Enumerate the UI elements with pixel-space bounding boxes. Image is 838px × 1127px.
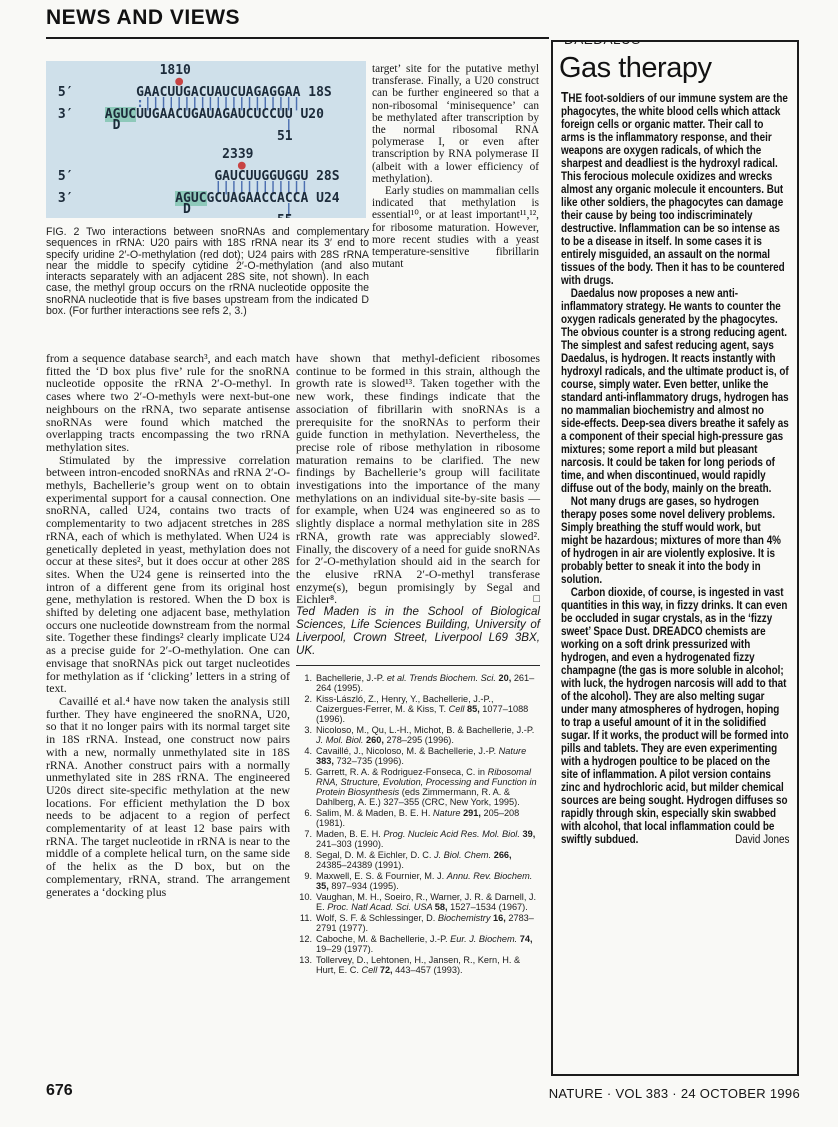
paragraph: Stimulated by the impressive correlation…	[46, 454, 290, 695]
page-number: 676	[46, 1082, 73, 1100]
daedalus-box-label: DAEDALUS	[559, 40, 646, 47]
paragraph: Cavaillé et al.⁴ have now taken the anal…	[46, 695, 290, 898]
journal-page: NEWS AND VIEWS 1810 ● 5′ GAACUUGACUAUCUA…	[0, 0, 838, 1127]
header-rule	[46, 37, 549, 39]
sidebar-body: THE foot-soldiers of our immune system a…	[561, 91, 789, 846]
reference-item: 4.Cavaillé, J., Nicoloso, M. & Bacheller…	[296, 746, 540, 766]
left-column: from a sequence database search³, and ea…	[46, 352, 290, 1074]
reference-item: 7.Maden, B. E. H. Prog. Nucleic Acid Res…	[296, 829, 540, 849]
paragraph: target’ site for the putative methyl tra…	[372, 63, 539, 185]
figure-caption: FIG. 2 Two interactions between snoRNAs …	[46, 227, 369, 317]
daedalus-box: DAEDALUS Gas therapy THE foot-soldiers o…	[551, 40, 799, 1076]
rna-duplex-u20-18s: 1810 ● 5′ GAACUUGACUAUCUAGAGGAA 18S :|||…	[46, 61, 366, 142]
sidebar-paragraph: Daedalus now proposes a new anti-inflamm…	[561, 287, 789, 495]
paragraph: from a sequence database search³, and ea…	[46, 352, 290, 454]
sidebar-paragraph: Not many drugs are gases, so hydrogen th…	[561, 495, 789, 586]
section-header: NEWS AND VIEWS	[46, 6, 240, 30]
sidebar-byline: David Jones	[725, 833, 789, 846]
reference-item: 10.Vaughan, M. H., Soeiro, R., Warner, J…	[296, 892, 540, 912]
reference-item: 6.Salim, M. & Maden, B. E. H. Nature 291…	[296, 808, 540, 828]
middle-column: have shown that methyl-deficient ribosom…	[296, 352, 540, 976]
reference-item: 12.Caboche, M. & Bachellerie, J.-P. Eur.…	[296, 934, 540, 954]
author-address: Ted Maden is in the School of Biological…	[296, 606, 540, 657]
reference-item: 5.Garrett, R. A. & Rodriguez-Fonseca, C.…	[296, 767, 540, 807]
reference-item: 13.Tollervey, D., Lehtonen, H., Jansen, …	[296, 955, 540, 975]
rna-duplex-u24-28s: 2339 ● 5′ GAUCUUGGUGGU 28S |||||||||||| …	[46, 145, 366, 218]
journal-footer: NATURE · VOL 383 · 24 OCTOBER 1996	[500, 1086, 800, 1101]
sidebar-paragraph: THE foot-soldiers of our immune system a…	[561, 91, 789, 287]
figure-2-rna-diagram: 1810 ● 5′ GAACUUGACUAUCUAGAGGAA 18S :|||…	[46, 61, 366, 218]
reference-item: 1.Bachellerie, J.-P. et al. Trends Bioch…	[296, 673, 540, 693]
sidebar-title: Gas therapy	[559, 52, 791, 85]
sidebar-paragraph: Carbon dioxide, of course, is ingested i…	[561, 586, 789, 846]
reference-list: 1.Bachellerie, J.-P. et al. Trends Bioch…	[296, 673, 540, 975]
reference-item: 3.Nicoloso, M., Qu, L.-H., Michot, B. & …	[296, 725, 540, 745]
references-rule	[296, 665, 540, 666]
reference-item: 8.Segal, D. M. & Eichler, D. C. J. Biol.…	[296, 850, 540, 870]
paragraph: Early studies on mammalian cells indicat…	[372, 185, 539, 270]
reference-item: 9.Maxwell, E. S. & Fournier, M. J. Annu.…	[296, 871, 540, 891]
reference-item: 2.Kiss-László, Z., Henry, Y., Bachelleri…	[296, 694, 540, 724]
reference-item: 11.Wolf, S. F. & Schlessinger, D. Bioche…	[296, 913, 540, 933]
column-beside-figure: target’ site for the putative methyl tra…	[372, 63, 539, 347]
paragraph: have shown that methyl-deficient ribosom…	[296, 352, 540, 606]
